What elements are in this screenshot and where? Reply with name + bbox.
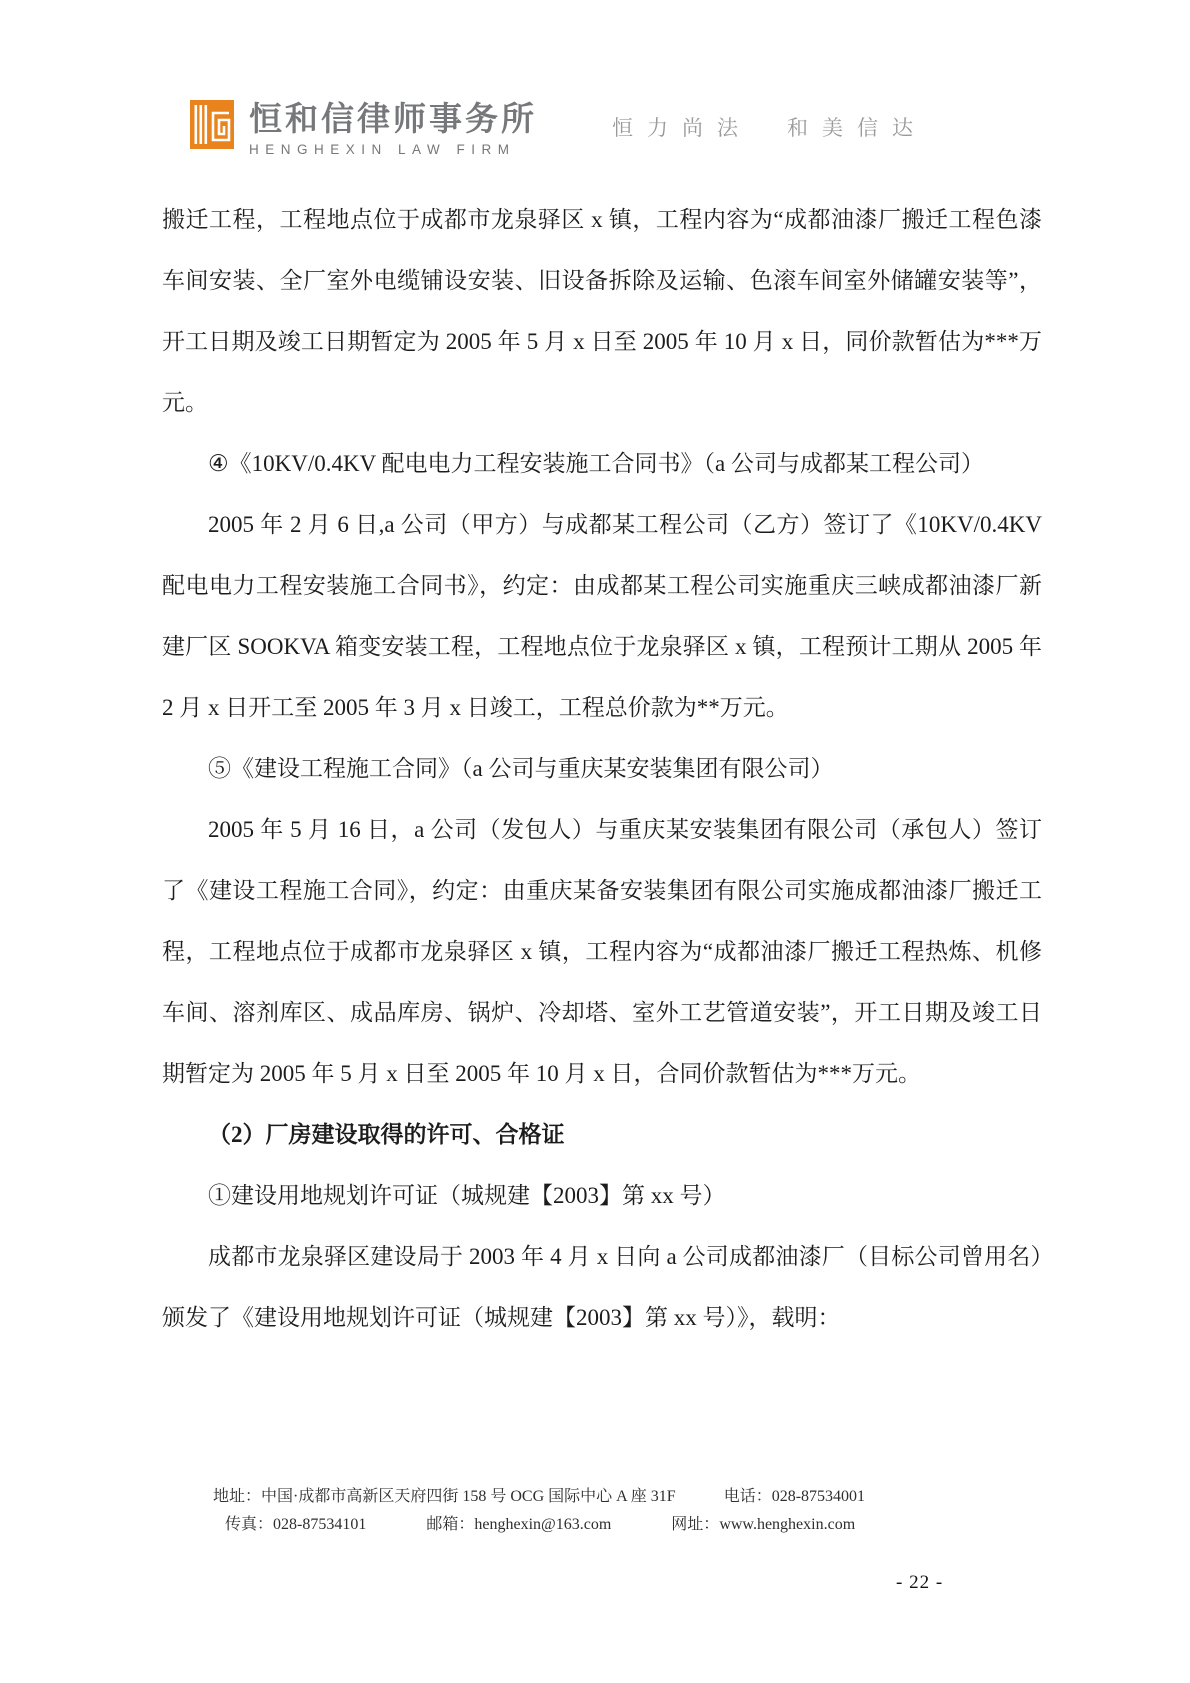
law-firm-logo-text: 恒和信律师事务所 HENGHEXIN LAW FIRM [249, 100, 537, 157]
page-header: 恒和信律师事务所 HENGHEXIN LAW FIRM 恒力尚法 和美信达 [0, 0, 1190, 180]
paragraph-contract3-continuation: 搬迁工程，工程地点位于成都市龙泉驿区 x 镇，工程内容为“成都油漆厂搬迁工程色漆… [162, 189, 1042, 433]
paragraph-permit1-title: ①建设用地规划许可证（城规建【2003】第 xx 号） [162, 1165, 1042, 1226]
address-value: 中国·成都市高新区天府四街 158 号 OCG 国际中心 A 座 31F [261, 1488, 676, 1505]
document-body: 搬迁工程，工程地点位于成都市龙泉驿区 x 镇，工程内容为“成都油漆厂搬迁工程色漆… [162, 189, 1042, 1348]
law-firm-logo: 恒和信律师事务所 HENGHEXIN LAW FIRM [190, 100, 537, 157]
paragraph-permit1-detail: 成都市龙泉驿区建设局于 2003 年 4 月 x 日向 a 公司成都油漆厂（目标… [162, 1226, 1042, 1348]
footer-contact-line2: 传真：028-87534101邮箱：henghexin@163.com网址：ww… [225, 1511, 1015, 1539]
page-number: - 22 - [896, 1572, 943, 1594]
website-value: www.henghexin.com [719, 1516, 855, 1533]
phone-label: 电话： [724, 1488, 772, 1505]
address-label: 地址： [213, 1488, 261, 1505]
law-firm-logo-icon [190, 100, 234, 149]
paragraph-contract4-title: ④《10KV/0.4KV 配电电力工程安装施工合同书》（a 公司与成都某工程公司… [162, 433, 1042, 494]
document-page: 恒和信律师事务所 HENGHEXIN LAW FIRM 恒力尚法 和美信达 搬迁… [0, 0, 1190, 1683]
section-heading-permits: （2）厂房建设取得的许可、合格证 [162, 1104, 1042, 1165]
footer-contact-line1: 地址：中国·成都市高新区天府四街 158 号 OCG 国际中心 A 座 31F电… [213, 1483, 1013, 1511]
email-value: henghexin@163.com [474, 1516, 611, 1533]
fax-value: 028-87534101 [273, 1516, 366, 1533]
law-firm-name-en: HENGHEXIN LAW FIRM [249, 142, 537, 157]
paragraph-contract5-title: ⑤《建设工程施工合同》（a 公司与重庆某安装集团有限公司） [162, 738, 1042, 799]
email-label: 邮箱： [426, 1516, 474, 1533]
website-label: 网址： [671, 1516, 719, 1533]
paragraph-contract4-detail: 2005 年 2 月 6 日,a 公司（甲方）与成都某工程公司（乙方）签订了《1… [162, 494, 1042, 738]
law-firm-name-cn: 恒和信律师事务所 [249, 100, 537, 138]
firm-slogan: 恒力尚法 和美信达 [612, 112, 927, 142]
fax-label: 传真： [225, 1516, 273, 1533]
paragraph-contract5-detail: 2005 年 5 月 16 日，a 公司（发包人）与重庆某安装集团有限公司（承包… [162, 799, 1042, 1104]
phone-value: 028-87534001 [772, 1488, 865, 1505]
